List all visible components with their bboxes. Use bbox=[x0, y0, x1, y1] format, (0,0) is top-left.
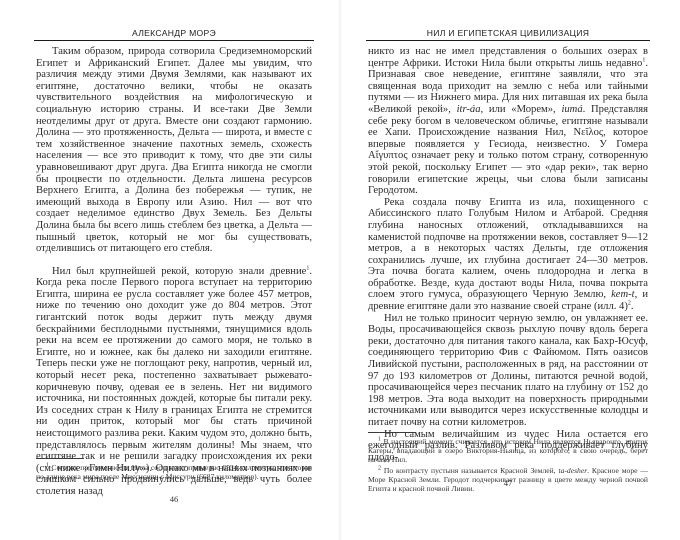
page-number: 47 bbox=[368, 478, 648, 488]
footnote-text: Сегодня протяженность Нила составляет пр… bbox=[36, 463, 312, 481]
paragraph: Таким образом, природа сотворила Средизе… bbox=[36, 46, 312, 255]
footnote: 1 Сегодня протяженность Нила составляет … bbox=[36, 463, 312, 481]
footnote-rule bbox=[36, 458, 84, 459]
footnotes: 1 Сегодня протяженность Нила составляет … bbox=[36, 463, 312, 483]
running-head-chapter: НИЛ И ЕГИПЕТСКАЯ ЦИВИЛИЗАЦИЯ bbox=[368, 28, 648, 38]
footnote-text: По контрасту пустыня называется Красной … bbox=[384, 466, 559, 475]
right-page: НИЛ И ЕГИПЕТСКАЯ ЦИВИЛИЗАЦИЯ никто из на… bbox=[340, 0, 680, 540]
header-rule bbox=[366, 40, 650, 41]
footnote-rule bbox=[368, 432, 416, 433]
egyptian-term: kem-t bbox=[611, 289, 635, 300]
paragraph: никто из нас не имел представления о бол… bbox=[368, 46, 648, 197]
paragraph: Река создала почву Египта из ила, похище… bbox=[368, 197, 648, 313]
footnote-marker: 1 bbox=[378, 436, 381, 442]
header-rule bbox=[34, 40, 314, 41]
footnote-marker: 1 bbox=[46, 462, 49, 468]
paragraph-text: . bbox=[631, 301, 634, 312]
left-page: АЛЕКСАНДР МОРЭ Таким образом, природа со… bbox=[0, 0, 340, 540]
egyptian-term: iumá bbox=[561, 104, 582, 115]
egyptian-term: ta-desher bbox=[558, 466, 587, 475]
footnote-text: В настоящий момент считается, что истоко… bbox=[368, 437, 648, 464]
paragraph-text: Река создала почву Египта из ила, похище… bbox=[368, 197, 648, 301]
running-head-author: АЛЕКСАНДР МОРЭ bbox=[36, 28, 312, 38]
egyptian-term: itr-áa bbox=[457, 104, 481, 115]
paragraph-text: Нил был крупнейшей рекой, которую знали … bbox=[52, 266, 306, 277]
body-text: Таким образом, природа сотворила Средизе… bbox=[36, 46, 312, 498]
paragraph: Нил не только приносит черную землю, он … bbox=[368, 313, 648, 429]
paragraph-text: . Представляя себе реку богом в человече… bbox=[368, 104, 648, 196]
page-number: 46 bbox=[36, 494, 312, 504]
footnote-marker: 2 bbox=[378, 465, 381, 471]
paragraph-text: , или «Морем», bbox=[481, 104, 562, 115]
body-text: никто из нас не имел представления о бол… bbox=[368, 46, 648, 463]
footnote: 1 В настоящий момент считается, что исто… bbox=[368, 437, 648, 464]
paragraph-text: никто из нас не имел представления о бол… bbox=[368, 46, 648, 69]
footnote-ref[interactable]: 1 bbox=[306, 265, 309, 271]
